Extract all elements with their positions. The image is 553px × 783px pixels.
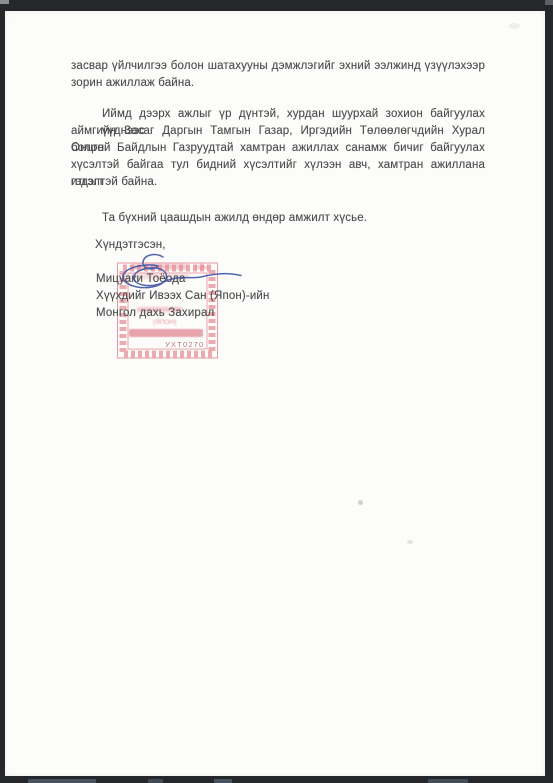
scan-edge-artifact xyxy=(545,0,553,5)
body-text-line: Онцгой Байдлын Газруудтай хамтран ажилла… xyxy=(71,140,485,157)
letter-page: засвар үйлчилгээ болон шатахууны дэмжлэг… xyxy=(5,11,545,776)
scan-edge-artifact xyxy=(214,779,232,783)
scan-artifact xyxy=(407,540,413,544)
body-text-line: хүсэлтэй байгаа тул бидний хүсэлтийг хүл… xyxy=(71,157,485,174)
scan-artifact xyxy=(509,23,520,29)
scan-artifact xyxy=(358,500,363,505)
signatory-title: Монгол дахь Захирал xyxy=(96,305,214,322)
body-text-line: итгэлтэй байна. xyxy=(71,174,485,191)
signature-graphic xyxy=(100,247,260,299)
stamp-code: УХТ0270 xyxy=(165,340,204,349)
scan-edge-artifact xyxy=(0,0,9,4)
body-text-line: Иймд дээрх ажлыг үр дүнтэй, хурдан шуурх… xyxy=(71,106,485,123)
body-text-line: засвар үйлчилгээ болон шатахууны дэмжлэг… xyxy=(71,58,485,75)
scan-edge-artifact xyxy=(28,779,96,783)
stamp-dense-text-band xyxy=(129,329,203,337)
body-text-line: аймгийн Засаг Даргын Тамгын Газар, Иргэд… xyxy=(71,123,485,140)
handwritten-signature xyxy=(100,247,260,299)
scan-edge-artifact xyxy=(148,779,163,783)
scanned-letter-screenshot: { "body": { "para1": { "lines": [ "засва… xyxy=(0,0,553,783)
body-text-line: зорин ажиллаж байна. xyxy=(71,75,485,92)
scan-edge-artifact xyxy=(428,779,468,783)
body-text-line: Та бүхний цаашдын ажилд өндөр амжилт хүс… xyxy=(102,210,367,227)
